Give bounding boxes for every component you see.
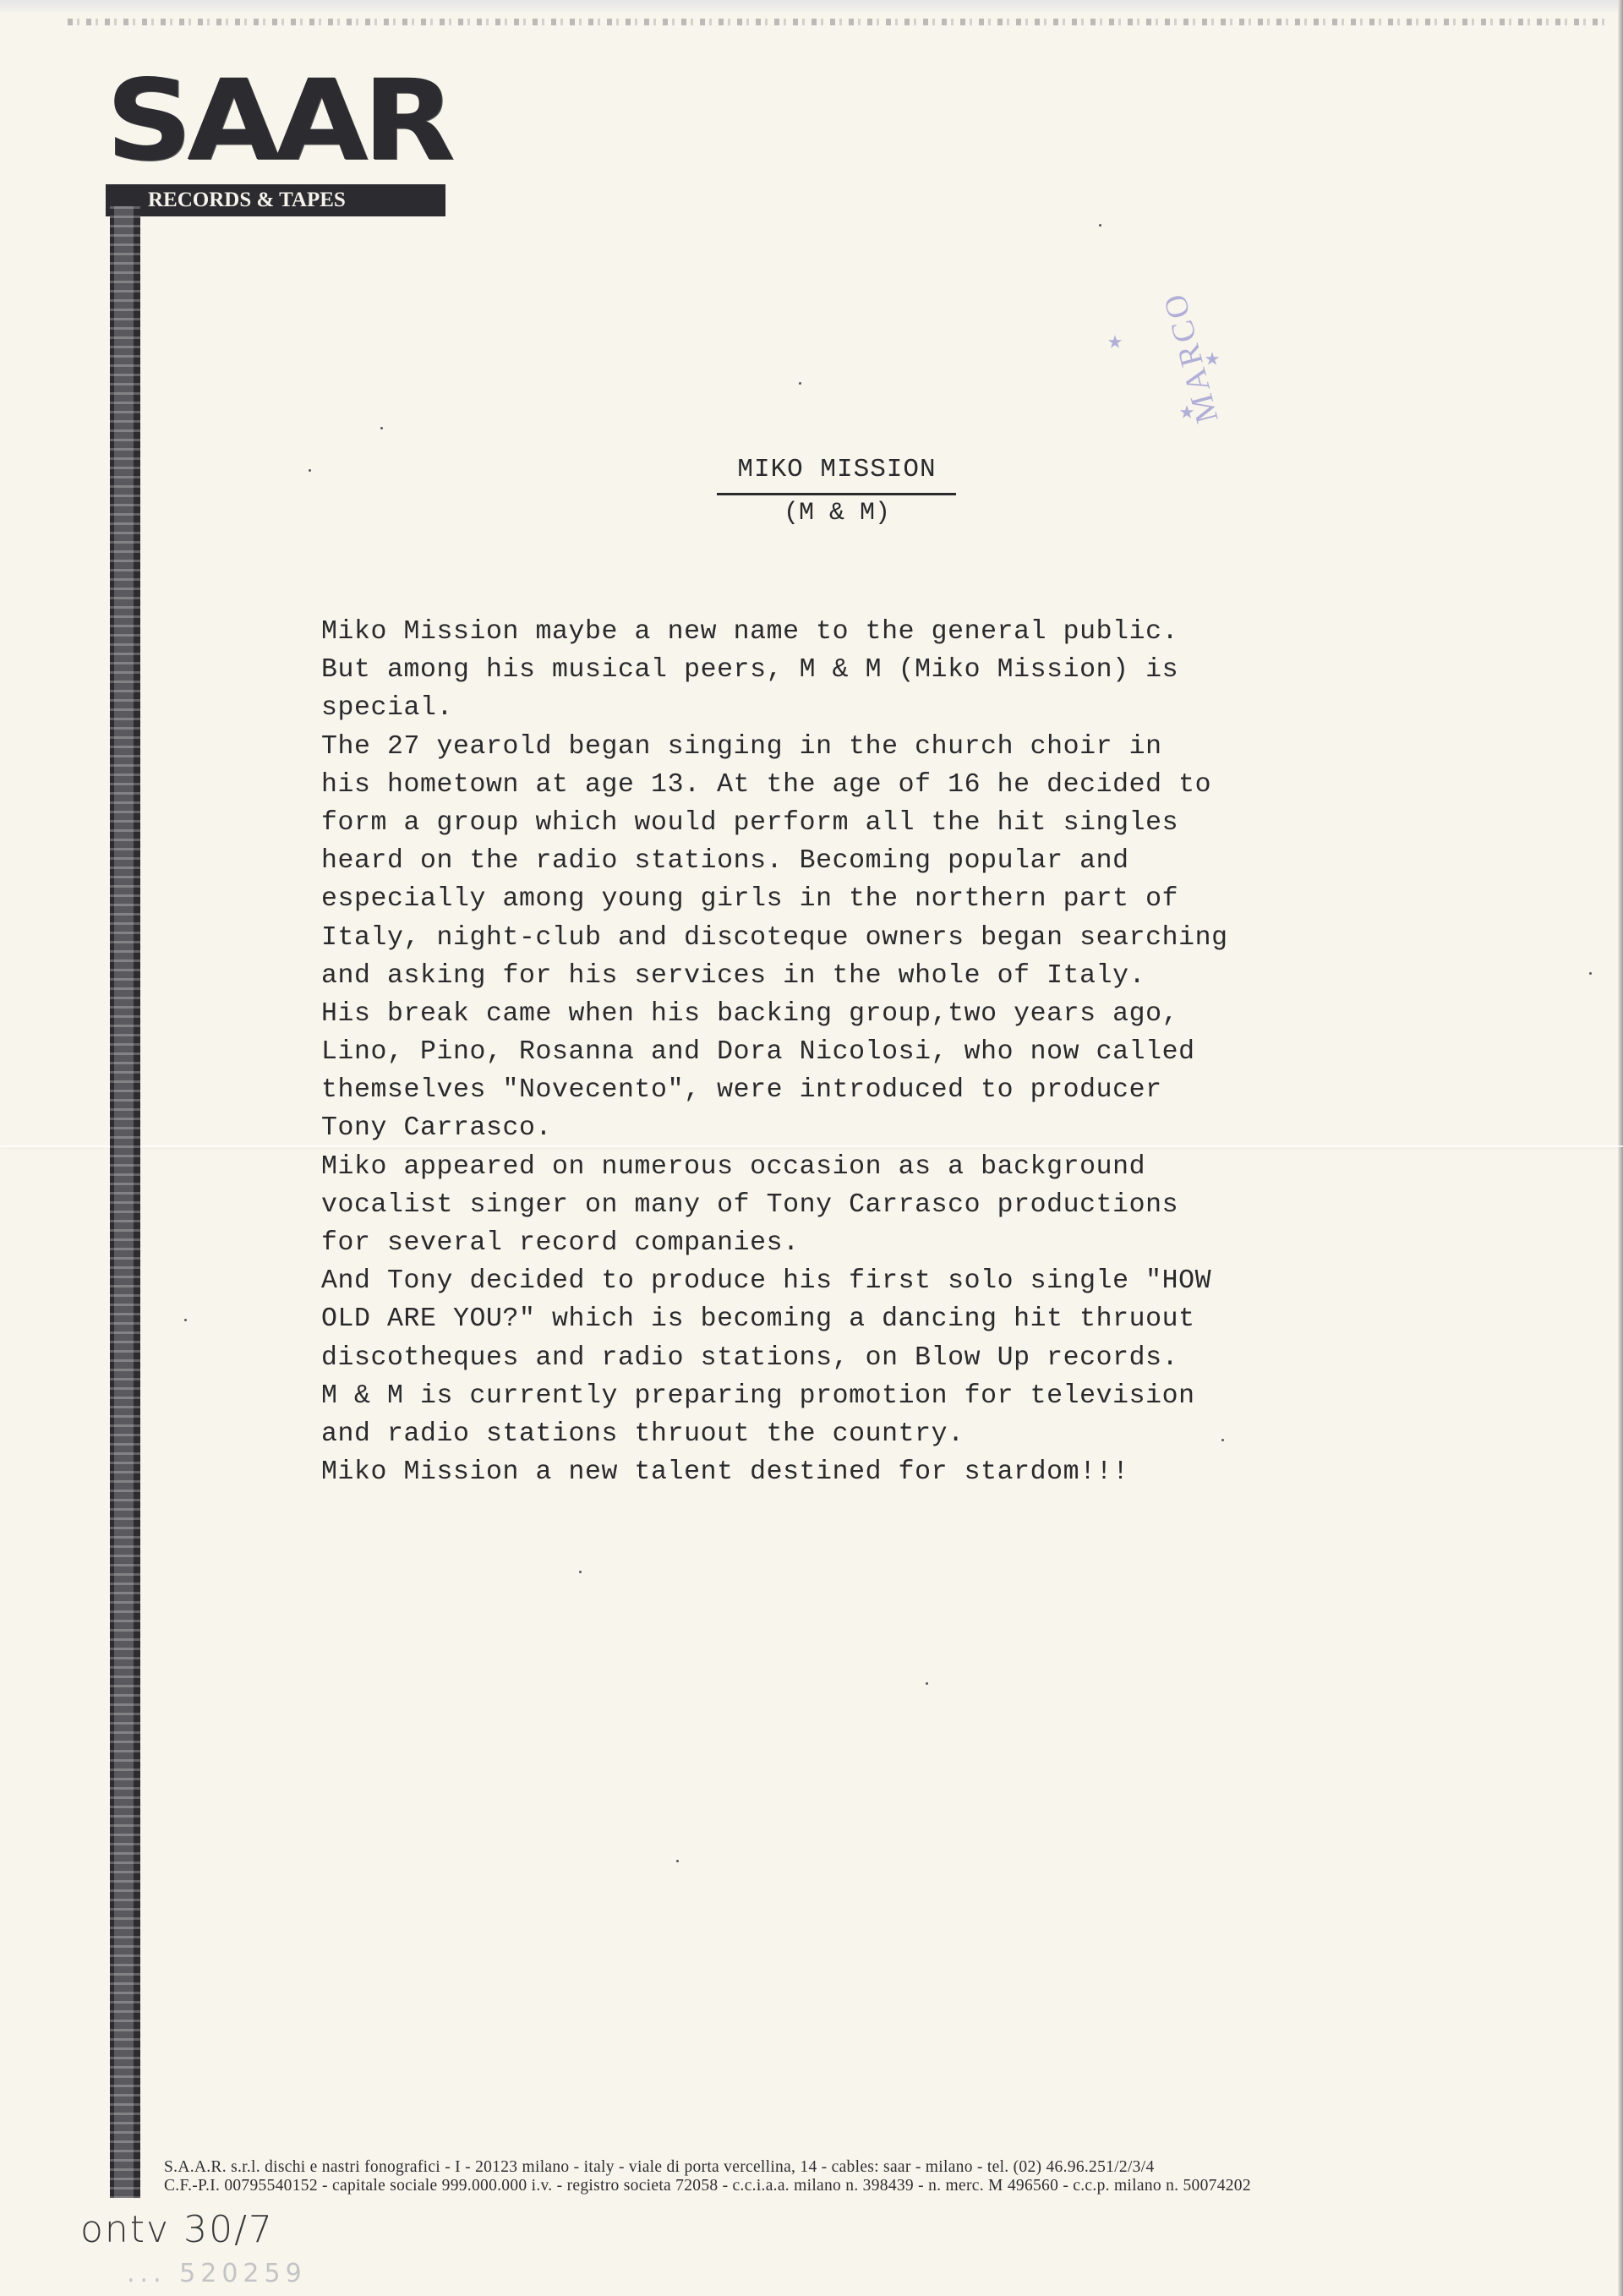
body-line: for several record companies. (321, 1224, 1505, 1262)
footer-line-registration: C.F.-P.I. 00795540152 - capitale sociale… (164, 2177, 1533, 2195)
body-line: M & M is currently preparing promotion f… (321, 1377, 1505, 1415)
document-subtitle: (M & M) (714, 499, 959, 528)
title-underline (717, 493, 956, 495)
body-line: The 27 yearold began singing in the chur… (321, 728, 1505, 766)
ink-stamp: ★ ★ ★ MARCO (1099, 296, 1251, 431)
handwritten-note: ontv 30/7 (80, 2208, 274, 2251)
body-line: Miko appeared on numerous occasion as a … (321, 1148, 1505, 1186)
top-torn-strip (68, 19, 1606, 25)
body-line: his hometown at age 13. At the age of 16… (321, 766, 1505, 804)
body-line: form a group which would perform all the… (321, 804, 1505, 842)
paper-speck (799, 382, 801, 385)
paper-speck (579, 1571, 582, 1573)
page-top-edge (0, 0, 1623, 12)
star-icon: ★ (1107, 325, 1123, 357)
saar-logo: SAAR RECORDS & TAPES (101, 74, 450, 222)
logo-band: RECORDS & TAPES (106, 184, 445, 216)
body-line: special. (321, 689, 1505, 727)
paper-speck (1589, 972, 1592, 975)
paper-speck (380, 427, 383, 429)
paper-speck (184, 1319, 187, 1321)
body-text: Miko Mission maybe a new name to the gen… (321, 613, 1505, 1491)
logo-subtitle: RECORDS & TAPES (148, 188, 444, 213)
footer-line-address: S.A.A.R. s.r.l. dischi e nastri fonograf… (164, 2158, 1533, 2177)
paper-speck (926, 1682, 928, 1685)
company-footer: S.A.A.R. s.r.l. dischi e nastri fonograf… (164, 2158, 1533, 2195)
body-line: Tony Carrasco. (321, 1109, 1505, 1147)
body-line: Miko Mission maybe a new name to the gen… (321, 613, 1505, 651)
letterhead-vertical-bar (110, 206, 140, 2198)
body-line: especially among young girls in the nort… (321, 880, 1505, 918)
body-line: Miko Mission a new talent destined for s… (321, 1453, 1505, 1491)
paper-speck (676, 1860, 679, 1862)
body-line: themselves "Novecento", were introduced … (321, 1071, 1505, 1109)
body-line: heard on the radio stations. Becoming po… (321, 842, 1505, 880)
document-title: MIKO MISSION (714, 455, 959, 484)
body-line: His break came when his backing group,tw… (321, 995, 1505, 1033)
page-right-edge (1618, 0, 1623, 2296)
body-line: and asking for his services in the whole… (321, 957, 1505, 995)
body-line: and radio stations thruout the country. (321, 1415, 1505, 1453)
body-line: vocalist singer on many of Tony Carrasco… (321, 1186, 1505, 1224)
paper-speck (1099, 224, 1101, 227)
body-line: But among his musical peers, M & M (Miko… (321, 651, 1505, 689)
body-line: Italy, night-club and discoteque owners … (321, 919, 1505, 957)
paper-speck (309, 469, 311, 472)
body-line: discotheques and radio stations, on Blow… (321, 1339, 1505, 1377)
body-line: Lino, Pino, Rosanna and Dora Nicolosi, w… (321, 1033, 1505, 1071)
body-line: OLD ARE YOU?" which is becoming a dancin… (321, 1300, 1505, 1338)
handwritten-note-faint: ... 520259 (127, 2259, 307, 2288)
logo-wordmark: SAAR (106, 74, 471, 167)
body-line: And Tony decided to produce his first so… (321, 1262, 1505, 1300)
paper-speck (1221, 1439, 1224, 1441)
